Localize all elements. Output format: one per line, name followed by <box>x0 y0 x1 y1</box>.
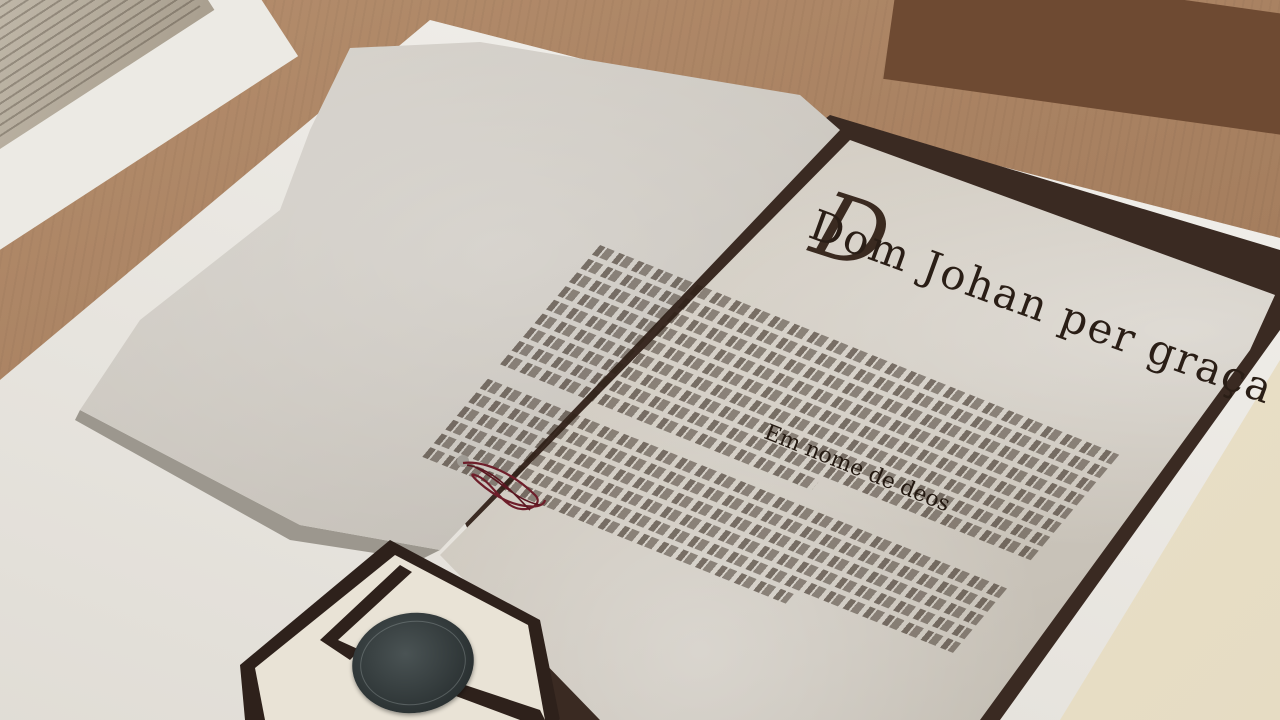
red-thread-binding <box>455 455 550 520</box>
seal-border <box>355 614 472 712</box>
museum-display-scene: D Dom Johan per graça de Em nome de deos <box>0 0 1280 720</box>
